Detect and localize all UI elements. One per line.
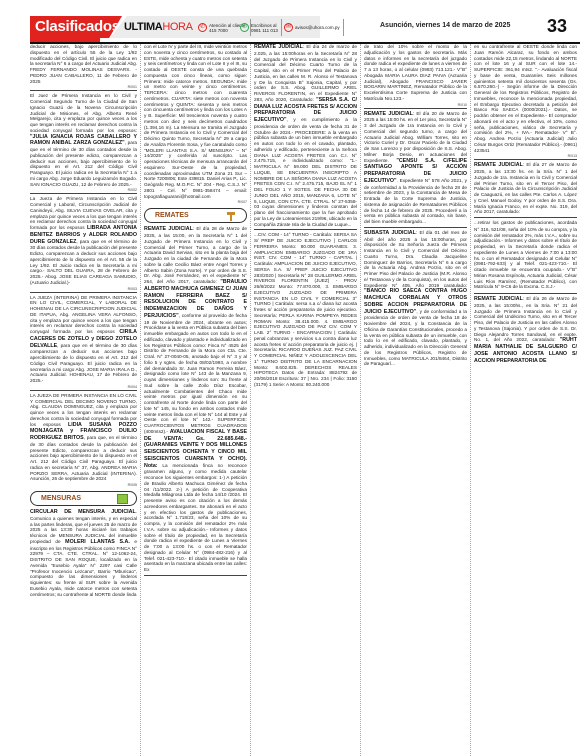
gavel-icon — [227, 211, 238, 221]
notice: REMATE JUDICIAL: El día 26 de Marzo de 2… — [474, 296, 577, 366]
notice: REMATE JUDICIAL: El día 20 de Marzo de 2… — [364, 111, 467, 228]
notice-text: , para que en el término de 30 días comp… — [30, 343, 137, 384]
notice: LA JUEZA (INTERINA) DE PRIMERA INSTANCIA… — [30, 295, 137, 391]
notice-code: R/001 — [30, 85, 137, 89]
notice-caption: REMATE JUDICIAL — [474, 296, 523, 302]
contact-value: avisos@uhora.com.py — [295, 25, 340, 30]
page-header: Clasificados ULTIMAHORA ✆ Atención al cl… — [0, 0, 580, 40]
banner-label: REMATES — [155, 213, 189, 219]
email-icon: ✉ — [284, 23, 293, 32]
notice-text: , conforme al proveído de fecha 19 de No… — [144, 313, 247, 434]
notice-text: cuyas dimensiones y linderos constan del… — [254, 204, 357, 226]
section-banner-mensuras: MENSURAS — [30, 491, 137, 506]
notice-text: , para que en el término de 30 días cont… — [30, 239, 137, 285]
notice: LA JUEZA DE PRIMERA INSTANCIA EN LO CIVI… — [30, 393, 137, 488]
column-5: en su contrafrente al OESTE donde linda … — [470, 44, 580, 756]
notice: REMATE JUDICIAL: El día 27 de Marzo de 2… — [474, 162, 577, 218]
notice: de trato del 10% sobre el monto de la ad… — [364, 44, 467, 109]
notice-caption: SUBASTA JUDICIAL — [364, 230, 416, 236]
notice-text: El Juez de Primera Instancia en lo Civil… — [30, 93, 137, 133]
map-icon — [117, 494, 128, 504]
column-1: deducir acciones, bajo apercibimiento de… — [30, 44, 140, 756]
notice-text: , para que en el término de 30 días cont… — [30, 140, 137, 186]
notice-text: deducir acciones, bajo apercibimiento de… — [30, 44, 137, 84]
notice-text: . Expediente N° 578 Año 2021, y de confo… — [364, 178, 467, 224]
notice-text: ...CIV. COM - 14° TURNO - Carátula: SERS… — [254, 232, 357, 387]
notice-caption: REMATE JUDICIAL — [474, 162, 523, 168]
notice-text: : El día 24 de marzo de 2.025, a las 15:… — [254, 44, 357, 102]
phone-icon: ✆ — [198, 23, 207, 32]
section-title: Clasificados — [30, 16, 122, 38]
logo-main: ULTIMA — [124, 21, 162, 33]
section-banner-remates: REMATES — [144, 208, 247, 223]
contact-whatsapp: ✆ Escribinos al0981 111 013 — [240, 19, 282, 36]
notice-caption: CIRCULAR DE MENSURA JUDICIAL — [30, 509, 136, 515]
page-number: 33 — [547, 16, 567, 37]
notice-text: : El día 26 de Marzo de 2025, a las 15:0… — [474, 296, 577, 342]
notice-text: : El día 28 de Marzo de 2025, a las 15:0… — [144, 226, 247, 284]
contact-value: 0981 111 013 — [251, 28, 278, 33]
notice: REMATE JUDICIAL: El día 28 de Marzo de 2… — [144, 226, 247, 576]
notice-text: , para que, en el término de 30 días con… — [30, 435, 137, 481]
classifieds-columns: deducir acciones, bajo apercibimiento de… — [30, 44, 580, 756]
notice-code: R/004 — [30, 385, 137, 389]
notice: SUBASTA JUDICIAL: El día 01 del mes de A… — [364, 230, 467, 369]
banner-label: MENSURAS — [41, 496, 81, 502]
notice: con el Lote IV y parte del III, mide vei… — [144, 44, 247, 205]
notice-caption: REMATE JUDICIAL — [364, 111, 413, 117]
notice: El Juez de Primera Instancia en lo Civil… — [30, 93, 137, 194]
contact-value: 415 7000 — [209, 28, 228, 33]
notice: ...retirar los gastos de publicaciones, … — [474, 220, 577, 294]
column-2: con el Lote IV y parte del III, mide vei… — [140, 44, 250, 756]
notice-text: : El día 20 de Marzo de 2025 a las 15:00… — [364, 111, 467, 163]
notice-code: R/010 — [364, 103, 467, 107]
notice-code: R/007 — [144, 200, 247, 204]
notice-text: ...retirar los gastos de publicaciones, … — [474, 220, 577, 289]
logo-accent: HORA — [162, 21, 192, 33]
column-3: REMATE JUDICIAL: El día 24 de marzo de 2… — [250, 44, 360, 756]
notice-text: con el Lote IV y parte del III, mide vei… — [144, 44, 247, 199]
notice-caption: REMATE JUDICIAL — [144, 226, 193, 232]
notice-text: , y en cumplimiento a la providencia de … — [254, 117, 357, 209]
dateline: Asunción, viernes 14 de marzo de 2025 — [380, 22, 510, 29]
notice-text: en su contrafrente al OESTE donde linda … — [474, 44, 577, 153]
notice-caption: MOLERI LLANTAS S.A. — [65, 539, 130, 545]
notice: en su contrafrente al OESTE donde linda … — [474, 44, 577, 160]
notice-text: La mencionada finca no reconoce gravamen… — [144, 463, 247, 573]
notice: ...CIV. COM - 14° TURNO - Carátula: SERS… — [254, 232, 357, 389]
whatsapp-icon: ✆ — [240, 23, 249, 32]
notice-code: R/013 — [474, 154, 577, 158]
column-4: de trato del 10% sobre el monto de la ad… — [360, 44, 470, 756]
notice-text: e inscripto en los Registros Públicos co… — [30, 539, 137, 597]
notice-text: , y de conformidad a la providencia de o… — [364, 309, 467, 367]
contact-email: ✉ avisos@uhora.com.py — [284, 19, 344, 36]
notice: deducir acciones, bajo apercibimiento de… — [30, 44, 137, 91]
newspaper-logo: ULTIMAHORA — [124, 20, 193, 34]
notice-code: R/005 — [30, 483, 137, 487]
notice-text: de trato del 10% sobre el monto de la ad… — [364, 44, 467, 101]
notice-text: : El día 01 del mes de Abril del año 202… — [364, 230, 467, 288]
notice: La Jueza de Primera Instancia en lo Civi… — [30, 196, 137, 292]
notice: REMATE JUDICIAL: El día 24 de marzo de 2… — [254, 44, 357, 230]
notice-code: R/003 — [30, 287, 137, 291]
notice-caption: "JULIA IGNACIA ROJAS CABALLERO Y RAMON A… — [30, 134, 137, 147]
notice-caption: REMATE JUDICIAL — [254, 44, 303, 50]
notice-code: R/002 — [30, 188, 137, 192]
notice-text: : El día 27 de Marzo de 2025, a las 13:3… — [474, 162, 577, 214]
